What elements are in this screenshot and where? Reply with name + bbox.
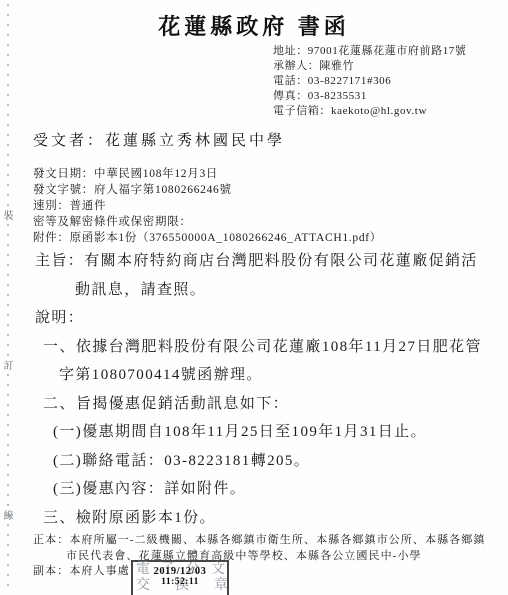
letterhead-contact-person: 承辦人：陳雅竹 — [273, 59, 467, 74]
letterhead-phone: 電話：03-8227171#306 — [273, 74, 467, 89]
meta-block: 發文日期：中華民國108年12月3日 發文字號：府人福字第1080266246號… — [33, 166, 483, 246]
item-2-2-text: 聯絡電話：03-8223181轉205。 — [82, 453, 310, 469]
original-copy-text: 本府所屬一-二級機關、本縣各鄉鎮市衛生所、本縣各鄉鎮市公所、本縣各鄉鎮市民代表會… — [66, 534, 485, 562]
explanation-item-2-2: (二)聯絡電話：03-8223181轉205。 — [53, 447, 482, 476]
subject-text: 有關本府特約商店台灣肥料股份有限公司花蓮廠促銷活動訊息，請查照。 — [75, 253, 478, 298]
item-2-label: 二、 — [43, 396, 76, 412]
letterhead-email: 電子信箱：kaekoto@hl.gov.tw — [273, 104, 467, 119]
original-copy-label: 正本： — [33, 534, 69, 546]
explanation-item-2-3: (三)優惠內容：詳如附件。 — [53, 475, 482, 504]
item-2-2-label: (二) — [53, 453, 82, 469]
distribution-block: 正本：本府所屬一-二級機關、本縣各鄉鎮市衛生所、本縣各鄉鎮市公所、本縣各鄉鎮市民… — [33, 533, 487, 580]
stamp-timestamp: 2019/12/03 11:52:11 — [133, 562, 227, 595]
letter-body: 主旨：有關本府特約商店台灣肥料股份有限公司花蓮廠促銷活動訊息，請查照。 說明： … — [35, 247, 482, 532]
subject-label: 主旨： — [35, 253, 84, 269]
letterhead-block: 地址：97001花蓮縣花蓮市府前路17號 承辦人：陳雅竹 電話：03-82271… — [273, 44, 467, 119]
explanation-heading: 說明： — [35, 304, 482, 333]
item-3-text: 檢附原函影本1份。 — [76, 510, 216, 526]
official-letter-page: 裝 訂 線 花蓮縣政府 書函 地址：97001花蓮縣花蓮市府前路17號 承辦人：… — [0, 0, 508, 595]
item-3-label: 三、 — [43, 510, 76, 526]
original-copy-row: 正本：本府所屬一-二級機關、本縣各鄉鎮市衛生所、本縣各鄉鎮市公所、本縣各鄉鎮市民… — [33, 533, 487, 564]
meta-attachment: 附件：原函影本1份（376550000A_1080266246_ATTACH1.… — [33, 230, 483, 246]
explanation-item-3: 三、檢附原函影本1份。 — [43, 504, 482, 533]
explanation-item-1: 一、依據台灣肥料股份有限公司花蓮廠108年11月27日肥花管字第10807004… — [43, 333, 482, 390]
electronic-exchange-stamp: 電子公文 交換章 2019/12/03 11:52:11 — [131, 560, 229, 595]
meta-secrecy: 密等及解密條件或保密期限： — [33, 214, 483, 230]
carbon-copy-label: 副本： — [33, 565, 69, 577]
explanation-item-2: 二、旨揭優惠促銷活動訊息如下： — [43, 390, 482, 419]
meta-speed-class: 速別：普通件 — [33, 198, 483, 214]
binding-mark-ding: 訂 — [1, 362, 16, 372]
document-title: 花蓮縣政府 書函 — [0, 10, 508, 41]
recipient-line: 受文者：花蓮縣立秀林國民中學 — [33, 129, 285, 150]
item-1-label: 一、 — [43, 339, 76, 355]
stamp-clock: 11:52:11 — [161, 577, 199, 587]
item-2-3-text: 優惠內容：詳如附件。 — [82, 481, 246, 497]
binding-dotted-line — [7, 4, 9, 592]
stamp-date: 2019/12/03 — [154, 566, 207, 577]
item-1-text: 依據台灣肥料股份有限公司花蓮廠108年11月27日肥花管字第1080700414… — [59, 339, 482, 384]
meta-doc-number: 發文字號：府人福字第1080266246號 — [33, 182, 483, 198]
item-2-3-label: (三) — [53, 481, 82, 497]
letterhead-fax: 傳真：03-8235531 — [273, 89, 467, 104]
carbon-copy-text: 本府人事處 — [69, 565, 130, 577]
binding-mark-zhuang: 裝 — [1, 212, 16, 222]
meta-issue-date: 發文日期：中華民國108年12月3日 — [33, 166, 483, 182]
item-2-1-label: (一) — [53, 424, 82, 440]
letterhead-address: 地址：97001花蓮縣花蓮市府前路17號 — [273, 44, 467, 59]
explanation-item-2-1: (一)優惠期間自108年11月25日至109年1月31日止。 — [53, 418, 482, 447]
binding-mark-xian: 線 — [1, 512, 16, 522]
carbon-copy-row: 副本：本府人事處 — [33, 564, 487, 580]
item-2-1-text: 優惠期間自108年11月25日至109年1月31日止。 — [82, 424, 427, 440]
item-2-text: 旨揭優惠促銷活動訊息如下： — [76, 396, 289, 412]
subject-paragraph: 主旨：有關本府特約商店台灣肥料股份有限公司花蓮廠促銷活動訊息，請查照。 — [35, 247, 482, 304]
